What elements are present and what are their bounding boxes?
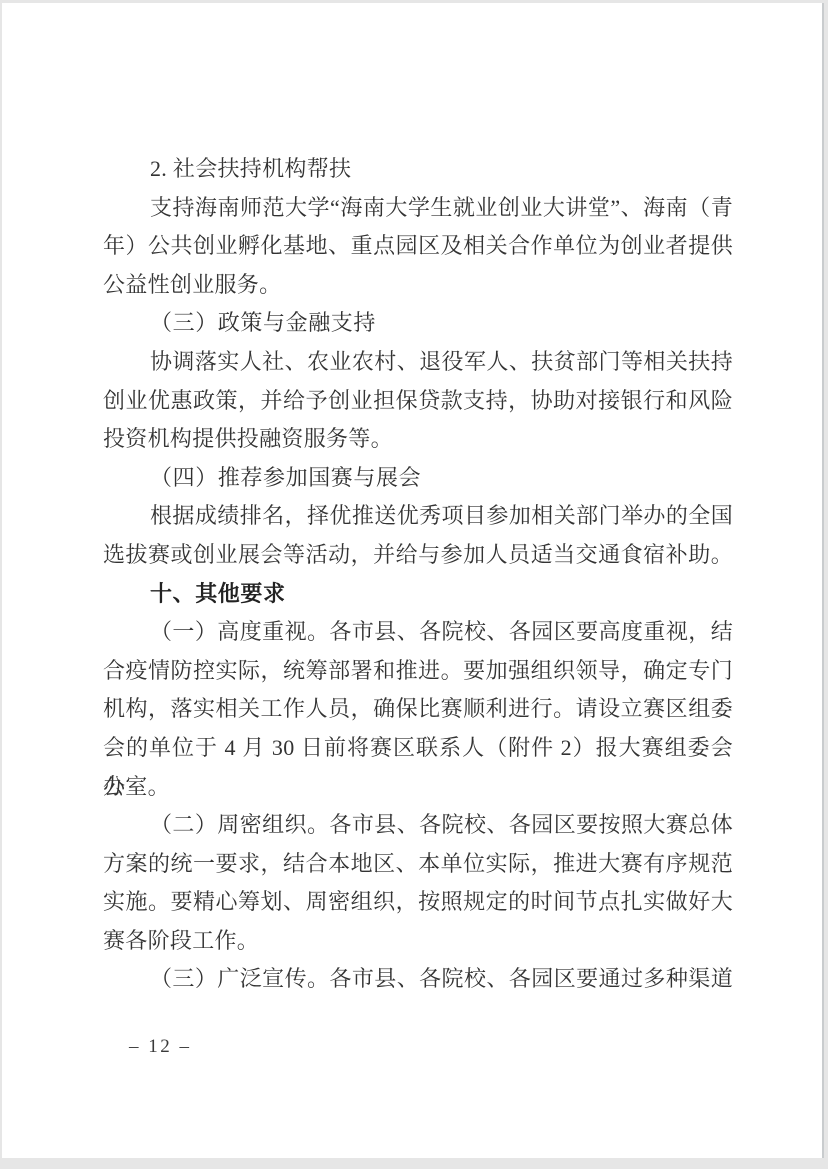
document-body: 2. 社会扶持机构帮扶支持海南师范大学“海南大学生就业创业大讲堂”、海南（青年）… — [103, 150, 733, 999]
document-line: 合疫情防控实际，统筹部署和推进。要加强组织领导，确定专门 — [103, 652, 733, 691]
document-line: （四）推荐参加国赛与展会 — [103, 459, 733, 498]
document-line: 2. 社会扶持机构帮扶 — [103, 150, 733, 189]
document-line: 协调落实人社、农业农村、退役军人、扶贫部门等相关扶持 — [103, 343, 733, 382]
document-line: （二）周密组织。各市县、各院校、各园区要按照大赛总体 — [103, 806, 733, 845]
document-line: （三）政策与金融支持 — [103, 304, 733, 343]
document-line: 创业优惠政策，并给予创业担保贷款支持，协助对接银行和风险 — [103, 382, 733, 421]
document-line: 公室。 — [103, 768, 733, 807]
document-line: 赛各阶段工作。 — [103, 922, 733, 961]
document-line: 选拔赛或创业展会等活动，并给与参加人员适当交通食宿补助。 — [103, 536, 733, 575]
document-line: （三）广泛宣传。各市县、各院校、各园区要通过多种渠道 — [103, 960, 733, 999]
document-line: 十、其他要求 — [103, 575, 733, 614]
document-line: 公益性创业服务。 — [103, 266, 733, 305]
document-line: 根据成绩排名，择优推送优秀项目参加相关部门举办的全国 — [103, 497, 733, 536]
document-line: 方案的统一要求，结合本地区、本单位实际，推进大赛有序规范 — [103, 845, 733, 884]
page-number: – 12 – — [129, 1036, 192, 1058]
document-line: 机构，落实相关工作人员，确保比赛顺利进行。请设立赛区组委 — [103, 690, 733, 729]
document-line: 年）公共创业孵化基地、重点园区及相关合作单位为创业者提供 — [103, 227, 733, 266]
document-line: 支持海南师范大学“海南大学生就业创业大讲堂”、海南（青 — [103, 189, 733, 228]
document-line: （一）高度重视。各市县、各院校、各园区要高度重视，结 — [103, 613, 733, 652]
document-line: 实施。要精心筹划、周密组织，按照规定的时间节点扎实做好大 — [103, 883, 733, 922]
document-page: 2. 社会扶持机构帮扶支持海南师范大学“海南大学生就业创业大讲堂”、海南（青年）… — [2, 3, 824, 1158]
document-line: 投资机构提供投融资服务等。 — [103, 420, 733, 459]
document-line: 会的单位于 4 月 30 日前将赛区联系人（附件 2）报大赛组委会办 — [103, 729, 733, 768]
